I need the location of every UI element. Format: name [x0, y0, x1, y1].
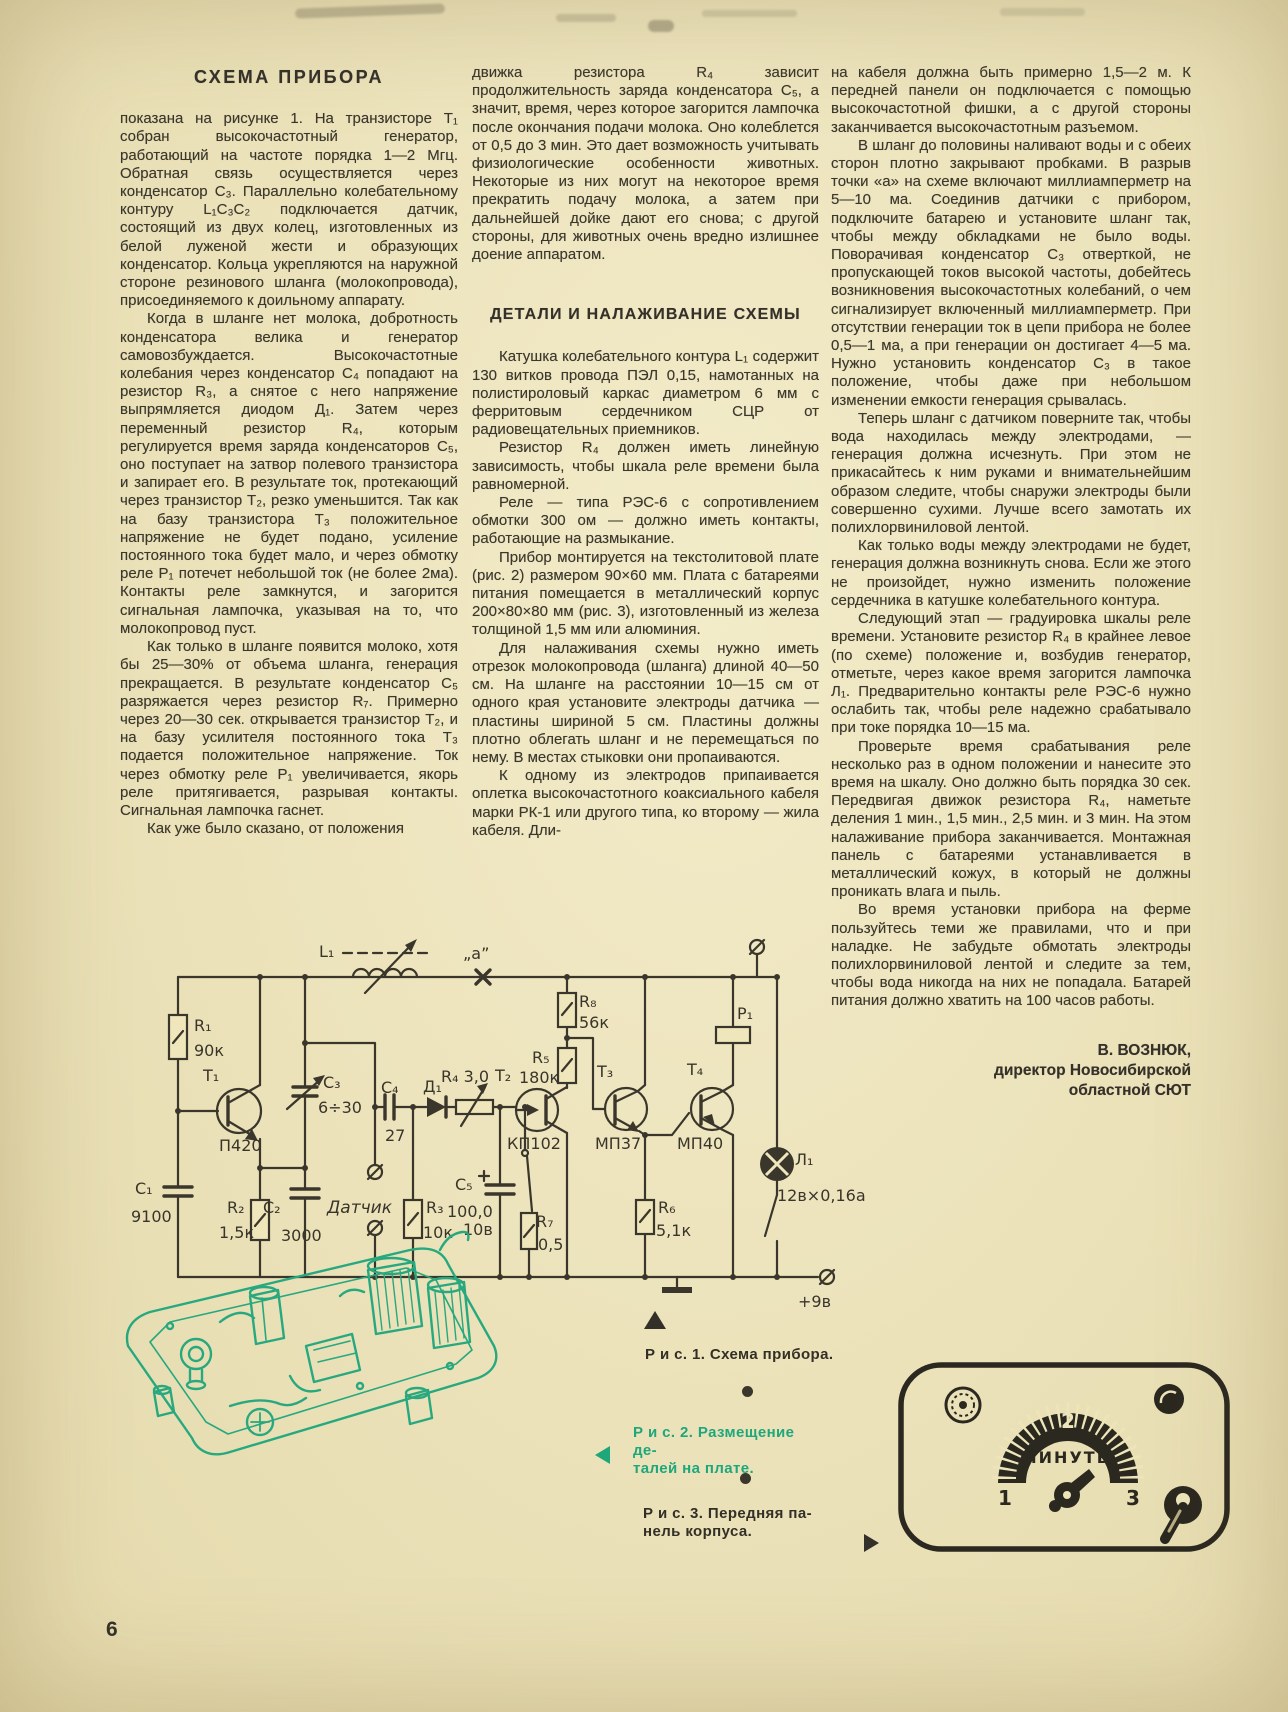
paragraph: Как уже было сказано, от положения	[120, 820, 458, 838]
R6-value: 5,1к	[656, 1221, 691, 1240]
print-smudge	[648, 20, 674, 32]
figure-pointer-right-icon	[864, 1534, 879, 1552]
paragraph: показана на рисунке 1. На транзисторе Т₁…	[120, 110, 458, 310]
paragraph: Для налаживания схемы нужно иметь отрезо…	[472, 640, 819, 767]
fig2-board-illustration	[110, 1226, 522, 1494]
supply-label: +9в	[798, 1292, 831, 1311]
C2-label: С₂	[263, 1198, 281, 1217]
C1-value: 9100	[131, 1207, 172, 1226]
R2-label: R₂	[227, 1198, 245, 1217]
paragraph: Как только воды между электродами не буд…	[831, 537, 1191, 610]
C4-value: 27	[385, 1126, 405, 1145]
T2-type: КП102	[507, 1134, 561, 1153]
print-smudge	[556, 14, 616, 22]
relay-contact-icon	[527, 1156, 532, 1211]
print-smudge	[1000, 8, 1085, 16]
paragraph: на кабеля должна быть примерно 1,5—2 м. …	[831, 64, 1191, 137]
dial-number-2: 2	[1061, 1409, 1075, 1433]
paragraph: Реле — типа РЭС-6 с сопротивлением обмот…	[472, 494, 819, 549]
capacitor-C1	[164, 1187, 192, 1196]
paragraph: К одному из электродов припаивается опле…	[472, 767, 819, 840]
T1-type: П420	[219, 1136, 262, 1155]
paragraph: Резистор R₄ должен иметь линейную зависи…	[472, 439, 819, 494]
print-smudge	[295, 3, 445, 18]
separator-dot	[742, 1386, 753, 1397]
C4-label: С₄	[381, 1078, 399, 1097]
author-role: областной СЮТ	[1069, 1082, 1191, 1099]
paragraph: Как только в шланге появится молоко, хот…	[120, 638, 458, 820]
column-2: движка резистора R₄ зависит продолжитель…	[472, 64, 819, 840]
dial-knob-icon	[1049, 1469, 1095, 1512]
author-name: В. ВОЗНЮК,	[1098, 1042, 1191, 1059]
R7-value: 0,5	[538, 1235, 563, 1254]
ground-icon	[662, 1287, 692, 1293]
lamp-label: Л₁	[795, 1150, 813, 1169]
P1-label: Р₁	[737, 1004, 753, 1023]
plus-icon	[479, 1171, 489, 1181]
R5-label: R₅	[532, 1048, 550, 1067]
C5-label: С₅	[455, 1175, 473, 1194]
lamp-value: 12в×0,16а	[777, 1186, 866, 1205]
paragraph: Когда в шланге нет молока, добротность к…	[120, 310, 458, 638]
R4-label: R₄ 3,0	[441, 1067, 489, 1086]
C3-label: С₃	[323, 1073, 341, 1092]
paragraph: Теперь шланг с датчиком поверните так, ч…	[831, 410, 1191, 537]
paragraph: Проверьте время срабатывания реле нескол…	[831, 738, 1191, 902]
R8-label: R₈	[579, 992, 597, 1011]
dial-label: МИНУТЫ	[1021, 1448, 1116, 1467]
fig1-caption: Р и с. 1. Схема прибора.	[645, 1346, 835, 1364]
T4-label: Т₄	[686, 1060, 703, 1079]
R1-value: 90к	[194, 1041, 224, 1060]
rf-connector-icon	[946, 1388, 980, 1422]
paragraph: Следующий этап — градуировка шкалы реле …	[831, 610, 1191, 737]
fig3-front-panel: 2 1 3 МИНУТЫ	[893, 1355, 1238, 1560]
magazine-page: { "page": { "number": "6" }, "colors": {…	[0, 0, 1288, 1712]
R3-label: R₃	[426, 1198, 444, 1217]
toggle-switch-icon	[1164, 1486, 1202, 1539]
author-signature: В. ВОЗНЮК, директор Новосибирской област…	[831, 1041, 1191, 1101]
paragraph: Катушка колебательного контура L₁ содерж…	[472, 348, 819, 439]
paragraph: Прибор монтируется на текстолитовой плат…	[472, 549, 819, 640]
R6-label: R₆	[658, 1198, 676, 1217]
R1-label: R₁	[194, 1016, 212, 1035]
separator-dot	[740, 1473, 751, 1484]
capacitor-C2	[291, 1189, 319, 1198]
column-3: на кабеля должна быть примерно 1,5—2 м. …	[831, 64, 1191, 1101]
capacitor-C5	[486, 1185, 514, 1194]
T1-label: Т₁	[202, 1066, 219, 1085]
C3-value: 6÷30	[318, 1098, 362, 1117]
C5-value: 100,0	[447, 1202, 493, 1221]
coil-label: L₁	[319, 942, 334, 961]
paragraph: В шланг до половины наливают воды и с об…	[831, 137, 1191, 410]
capacitor-C3	[293, 1087, 317, 1096]
T2-label: Т₂	[494, 1066, 511, 1085]
D1-label: Д₁	[423, 1077, 442, 1096]
figure-pointer-up-icon	[644, 1311, 666, 1329]
section-heading-details: ДЕТАЛИ И НАЛАЖИВАНИЕ СХЕМЫ	[472, 306, 819, 324]
C1-label: С₁	[135, 1179, 153, 1198]
relay-P1	[716, 1027, 750, 1043]
R5-value: 180к	[519, 1068, 560, 1087]
print-smudge	[702, 10, 797, 17]
dial-number-1: 1	[998, 1486, 1012, 1510]
point-a-label: „а”	[463, 944, 489, 963]
dial-number-3: 3	[1126, 1486, 1140, 1510]
sensor-label: Датчик	[326, 1198, 393, 1218]
figure-pointer-left-icon	[595, 1446, 610, 1464]
section-heading-schema: СХЕМА ПРИБОРА	[120, 68, 458, 86]
R8-value: 56к	[579, 1013, 609, 1032]
capacitor-C4	[385, 1095, 394, 1119]
paragraph: движка резистора R₄ зависит продолжитель…	[472, 64, 819, 264]
T3-label: Т₃	[596, 1062, 613, 1081]
fig2-caption: Р и с. 2. Размещение де- талей на плате.	[633, 1424, 803, 1478]
T3-type: МП37	[595, 1134, 641, 1153]
page-number: 6	[106, 1618, 118, 1642]
column-1: СХЕМА ПРИБОРА показана на рисунке 1. На …	[120, 68, 458, 838]
paragraph: Во время установки прибора на ферме поль…	[831, 901, 1191, 1010]
T4-type: МП40	[677, 1134, 723, 1153]
R7-label: R₇	[536, 1212, 554, 1231]
fig3-caption: Р и с. 3. Передняя па- нель корпуса.	[643, 1505, 833, 1541]
diode-D1	[427, 1097, 446, 1117]
author-role: директор Новосибирской	[994, 1062, 1191, 1079]
indicator-lamp-icon	[1154, 1384, 1184, 1414]
